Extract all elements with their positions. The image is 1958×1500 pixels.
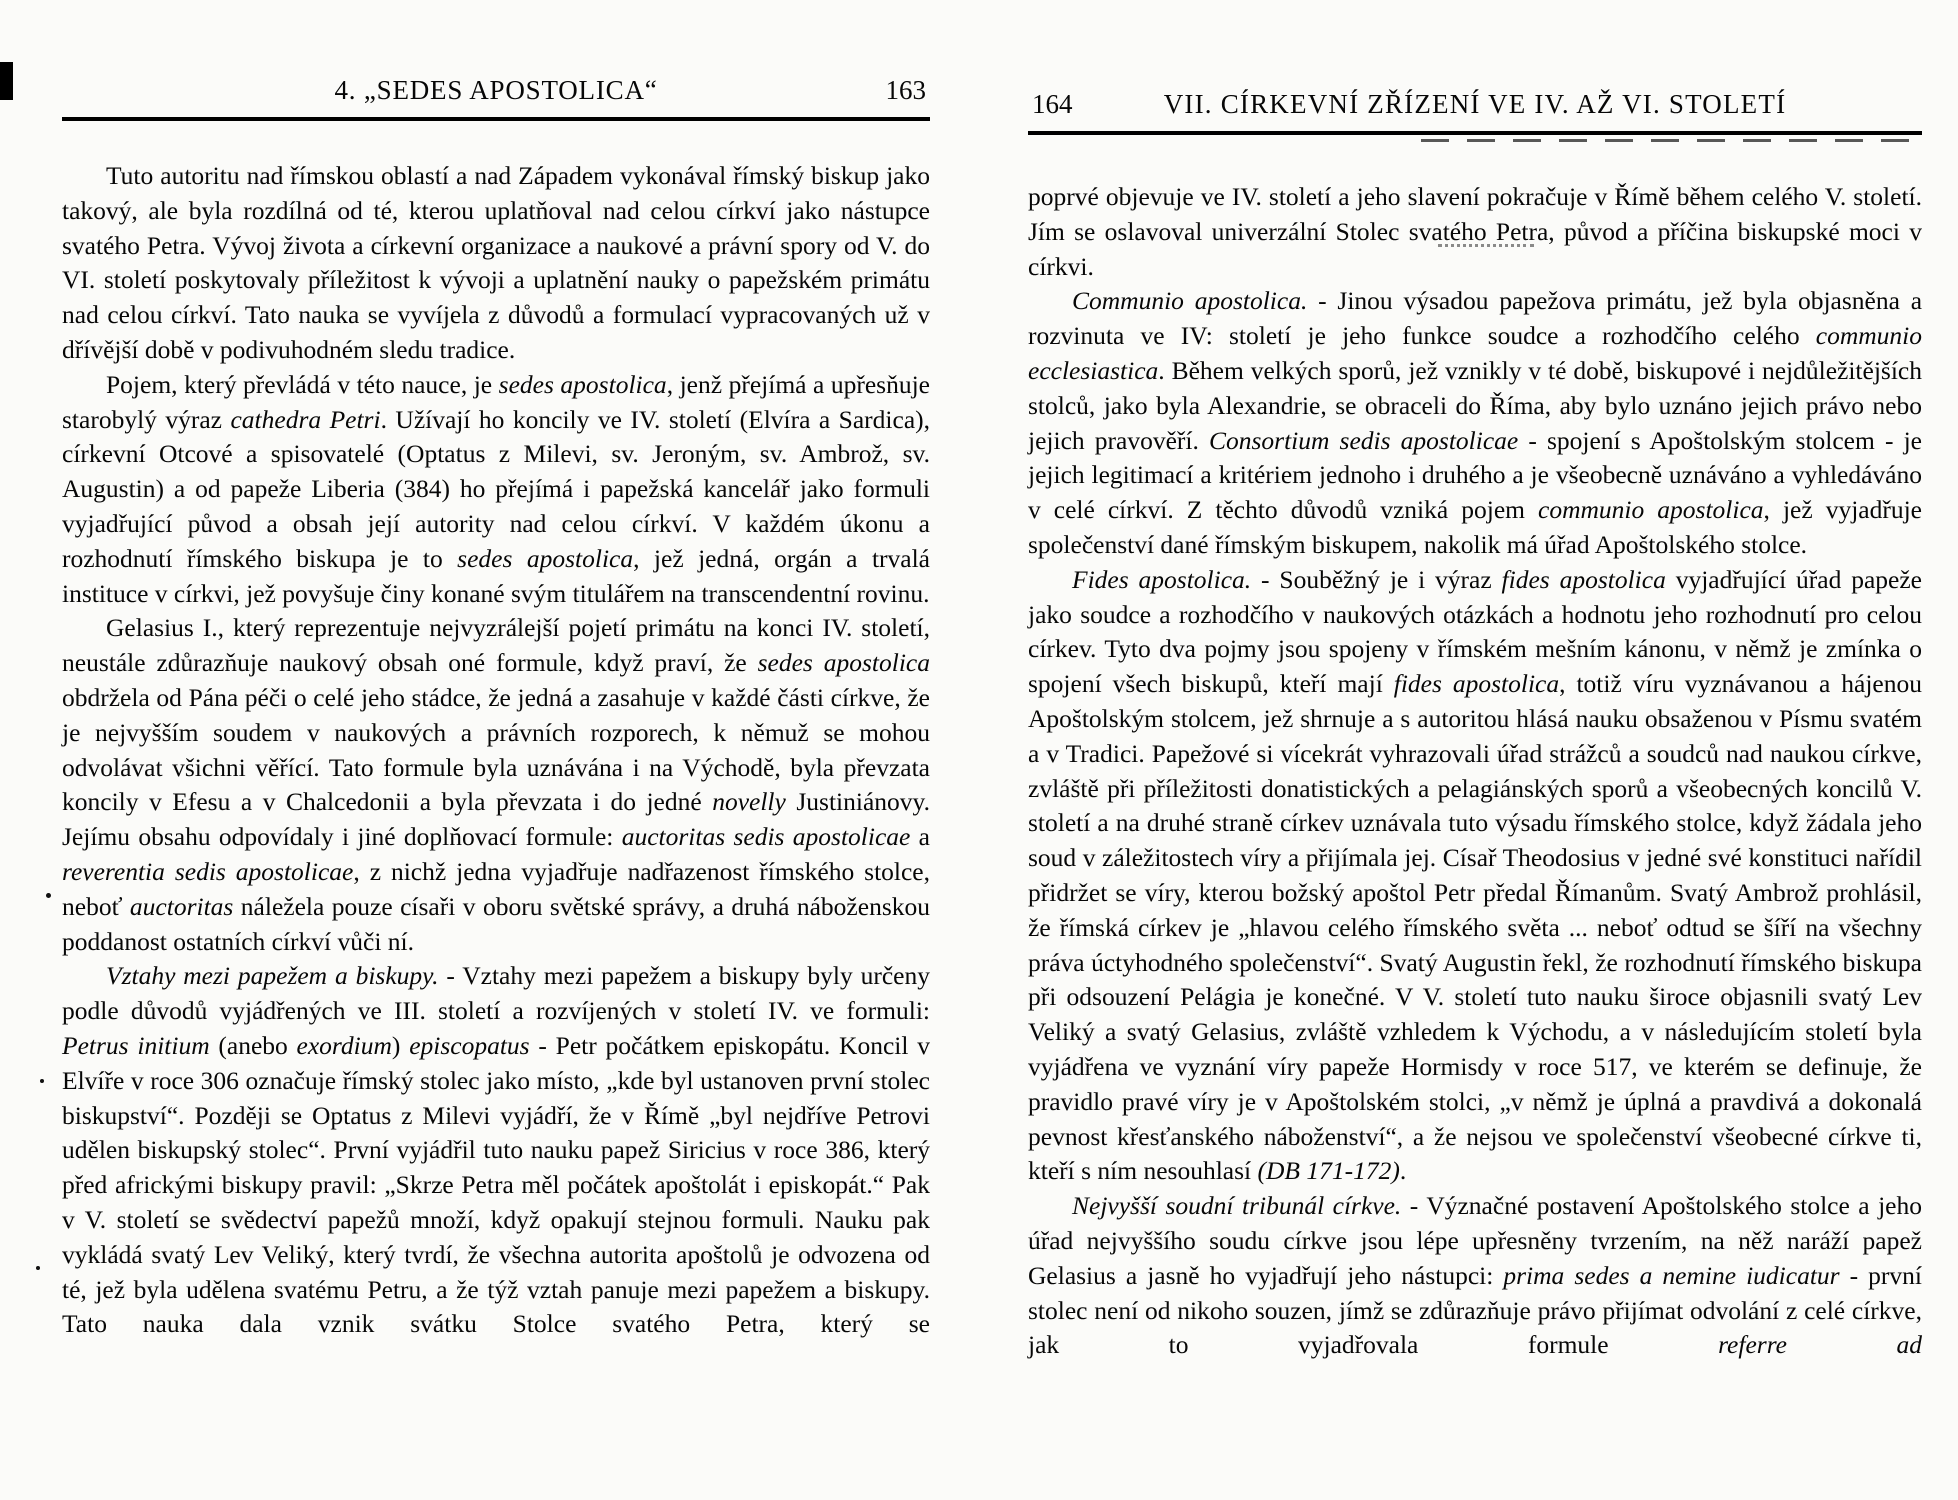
italic-text-run: novelly	[712, 787, 786, 816]
italic-text-run: auctoritas	[130, 892, 233, 921]
italic-text-run: sedes apostolica	[499, 370, 667, 399]
text-run: - Souběžný je i výraz	[1251, 565, 1501, 594]
text-run: )	[392, 1031, 409, 1060]
left-page-number: 163	[886, 74, 927, 106]
paragraph: Pojem, který převládá v této nauce, je s…	[62, 368, 930, 612]
italic-text-run: cathedra Petri	[230, 405, 380, 434]
italic-text-run: Consortium sedis apostolicae	[1209, 426, 1518, 455]
scan-speck	[36, 1266, 40, 1270]
text-run: a	[910, 822, 930, 851]
left-running-title: 4. „SEDES APOSTOLICA“	[62, 74, 930, 106]
italic-text-run: Nejvyšší soudní tribunál církve.	[1072, 1191, 1401, 1220]
left-header-rule	[62, 117, 930, 121]
right-page-text: poprvé objevuje ve IV. století a jeho sl…	[1028, 180, 1922, 1363]
scan-speck	[46, 893, 51, 898]
right-header-rule	[1028, 131, 1922, 142]
italic-text-run: communio apostolica	[1538, 495, 1764, 524]
text-run: (anebo	[210, 1031, 297, 1060]
italic-text-run: exordium	[297, 1031, 392, 1060]
right-page-header: 164 VII. CÍRKEVNÍ ZŘÍZENÍ VE IV. AŽ VI. …	[1028, 88, 1922, 124]
italic-text-run: Communio apostolica.	[1072, 286, 1307, 315]
page-right: 164 VII. CÍRKEVNÍ ZŘÍZENÍ VE IV. AŽ VI. …	[1028, 88, 1922, 1363]
right-running-title: VII. CÍRKEVNÍ ZŘÍZENÍ VE IV. AŽ VI. STOL…	[1028, 88, 1922, 120]
italic-text-run: sedes apostolica	[758, 648, 930, 677]
scan-dots-artifact	[1438, 238, 1534, 247]
italic-text-run: Vztahy mezi papežem a biskupy.	[106, 961, 438, 990]
paragraph: Tuto autoritu nad římskou oblastí a nad …	[62, 159, 930, 368]
paragraph: poprvé objevuje ve IV. století a jeho sl…	[1028, 180, 1922, 284]
scan-edge-blot	[0, 62, 13, 100]
text-run: .	[1400, 1156, 1406, 1185]
italic-text-run: referre ad	[1718, 1330, 1922, 1359]
italic-text-run: reverentia sedis apostolicae	[62, 857, 353, 886]
italic-text-run: fides apostolica	[1394, 669, 1559, 698]
scan-speck	[40, 1079, 44, 1083]
text-run: poprvé objevuje ve IV. století a jeho sl…	[1028, 182, 1922, 281]
paragraph: Communio apostolica. - Jinou výsadou pap…	[1028, 284, 1922, 562]
italic-text-run: sedes apostolica	[457, 544, 633, 573]
italic-text-run: auctoritas sedis apostolicae	[622, 822, 911, 851]
text-run: - Petr počátkem episkopátu. Koncil v Elv…	[62, 1031, 930, 1338]
right-page-number: 164	[1032, 88, 1073, 120]
italic-text-run: Petrus initium	[62, 1031, 210, 1060]
italic-text-run: episcopatus	[409, 1031, 529, 1060]
italic-text-run: fides apostolica	[1502, 565, 1666, 594]
left-page-text: Tuto autoritu nad římskou oblastí a nad …	[62, 159, 930, 1342]
text-run: Tuto autoritu nad římskou oblastí a nad …	[62, 161, 930, 364]
text-run: Pojem, který převládá v této nauce, je	[106, 370, 499, 399]
italic-text-run: (DB 171-172)	[1257, 1156, 1399, 1185]
paragraph: Vztahy mezi papežem a biskupy. - Vztahy …	[62, 959, 930, 1342]
paragraph: Nejvyšší soudní tribunál církve. - Význa…	[1028, 1189, 1922, 1363]
paragraph: Fides apostolica. - Souběžný je i výraz …	[1028, 563, 1922, 1189]
italic-text-run: prima sedes a nemine iudicatur	[1503, 1261, 1839, 1290]
text-run: , totiž víru vyznávanou a hájenou Apošto…	[1028, 669, 1922, 1185]
page-left: 4. „SEDES APOSTOLICA“ 163 Tuto autoritu …	[62, 74, 930, 1342]
italic-text-run: Fides apostolica.	[1072, 565, 1251, 594]
paragraph: Gelasius I., který reprezentuje nejvyzrá…	[62, 611, 930, 959]
left-page-header: 4. „SEDES APOSTOLICA“ 163	[62, 74, 930, 110]
